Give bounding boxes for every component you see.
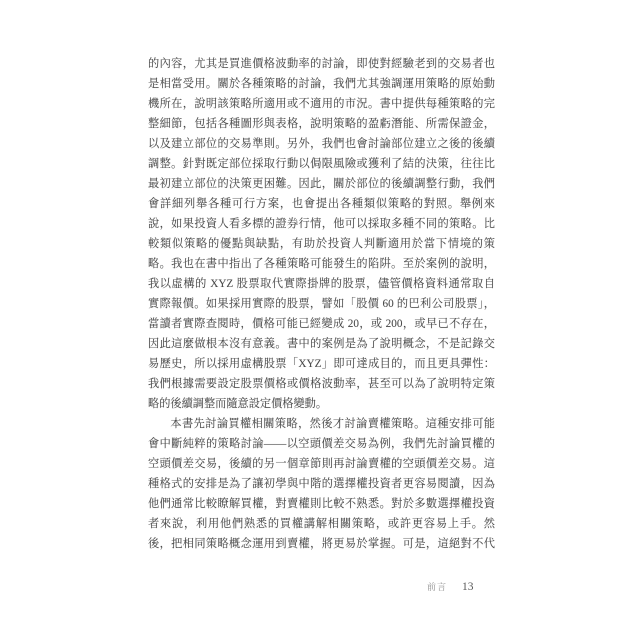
text-line: 易歷史，所以採用虛構股票「XYZ」即可達成目的，而且更具彈性： [148,354,495,374]
text-line: 者來說，利用他們熟悉的買權講解相關策略，或許更容易上手。然 [148,514,495,534]
text-line: 空頭價差交易，後續的另一個章節則再討論賣權的空頭價差交易。這 [148,454,495,474]
text-line: 機所在，說明該策略所適用或不適用的市況。書中提供每種策略的完 [148,94,495,114]
text-line: 種格式的安排是為了讓初學與中階的選擇權投資者更容易閱讀，因為 [148,474,495,494]
book-page: 的內容，尤其是買進價格波動率的討論，即使對經驗老到的交易者也 是相當受用。關於各… [0,0,640,640]
text-line: 說，如果投資人看多標的證券行情，他可以採取多種不同的策略。比 [148,214,495,234]
text-line: 以及建立部位的交易準則。另外，我們也會討論部位建立之後的後續 [148,134,495,154]
footer-section-label: 前言 [427,580,447,593]
text-line: 會中斷純粹的策略討論——以空頭價差交易為例，我們先討論買權的 [148,434,495,454]
text-line: 較類似策略的優點與缺點，有助於投資人判斷適用於當下情境的策 [148,234,495,254]
text-line: 略。我也在書中指出了各種策略可能發生的陷阱。至於案例的說明， [148,254,495,274]
text-line: 最初建立部位的決策更困難。因此，關於部位的後續調整行動，我們 [148,174,495,194]
text-line: 後，把相同策略概念運用到賣權，將更易於掌握。可是，這絕對不代 [148,534,495,554]
text-line: 略的後續調整而隨意設定價格變動。 [148,394,495,414]
text-line: 是相當受用。關於各種策略的討論，我們尤其強調運用策略的原始動 [148,74,495,94]
text-line: 調整。針對既定部位採取行動以侷限風險或獲利了結的決策，往往比 [148,154,495,174]
text-line: 我以虛構的 XYZ 股票取代實際掛牌的股票，儘管價格資料通常取自 [148,274,495,294]
page-number: 13 [462,581,474,593]
text-line: 實際報價。如果採用實際的股票，譬如「股價 60 的巴利公司股票」， [148,294,495,314]
text-line: 當讀者實際查閱時，價格可能已經變成 20，或 200，或早已不存在， [148,314,495,334]
text-line: 本書先討論買權相關策略，然後才討論賣權策略。這種安排可能 [148,414,495,434]
page-footer: 前言 13 [427,580,474,593]
text-line: 會詳細列舉各種可行方案，也會提出各種類似策略的對照。舉例來 [148,194,495,214]
body-text: 的內容，尤其是買進價格波動率的討論，即使對經驗老到的交易者也 是相當受用。關於各… [148,54,495,554]
text-line: 他們通常比較瞭解買權，對賣權則比較不熟悉。對於多數選擇權投資 [148,494,495,514]
text-line: 因此這麼做根本沒有意義。書中的案例是為了說明概念，不是記錄交 [148,334,495,354]
text-line: 整細節，包括各種圖形與表格，說明策略的盈虧潛能、所需保證金， [148,114,495,134]
text-line: 的內容，尤其是買進價格波動率的討論，即使對經驗老到的交易者也 [148,54,495,74]
text-line: 我們根據需要設定股票價格或價格波動率，甚至可以為了說明特定策 [148,374,495,394]
